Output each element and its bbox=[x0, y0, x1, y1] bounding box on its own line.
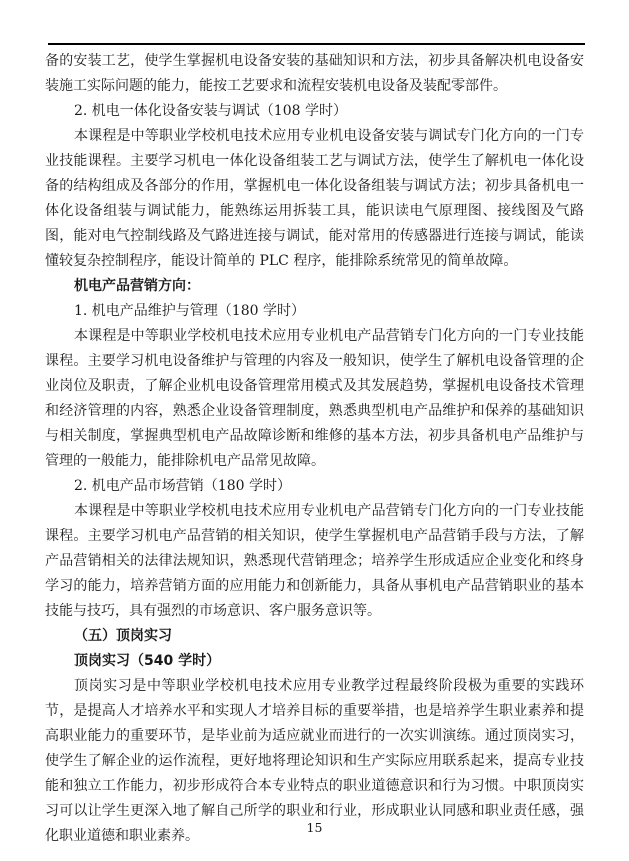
header-rule bbox=[48, 43, 585, 45]
section-heading-marketing-direction: 机电产品营销方向： bbox=[45, 274, 584, 299]
course-title-product-marketing: 2. 机电产品市场营销（180 学时） bbox=[45, 474, 584, 499]
course-title-product-maintenance: 1. 机电产品维护与管理（180 学时） bbox=[45, 299, 584, 324]
course-description-product-marketing: 本课程是中等职业学校机电技术应用专业机电产品营销专门化方向的一门专业技能课程。主… bbox=[45, 499, 584, 624]
page-number: 15 bbox=[0, 820, 629, 836]
course-title-mechatronics-install: 2. 机电一体化设备安装与调试（108 学时） bbox=[45, 99, 584, 124]
document-page: 备的安装工艺，使学生掌握机电设备安装的基础知识和方法，初步具备解决机电设备安装施… bbox=[0, 0, 629, 861]
section-heading-internship: （五）顶岗实习 bbox=[45, 624, 584, 649]
course-description-mechatronics-install: 本课程是中等职业学校机电技术应用专业机电设备安装与调试专门化方向的一门专业技能课… bbox=[45, 124, 584, 274]
document-body: 备的安装工艺，使学生掌握机电设备安装的基础知识和方法，初步具备解决机电设备安装施… bbox=[45, 49, 584, 849]
course-description-product-maintenance: 本课程是中等职业学校机电技术应用专业机电产品营销专门化方向的一门专业技能课程。主… bbox=[45, 324, 584, 474]
paragraph-continuation: 备的安装工艺，使学生掌握机电设备安装的基础知识和方法，初步具备解决机电设备安装施… bbox=[45, 49, 584, 99]
course-title-internship: 顶岗实习（540 学时） bbox=[45, 649, 584, 674]
